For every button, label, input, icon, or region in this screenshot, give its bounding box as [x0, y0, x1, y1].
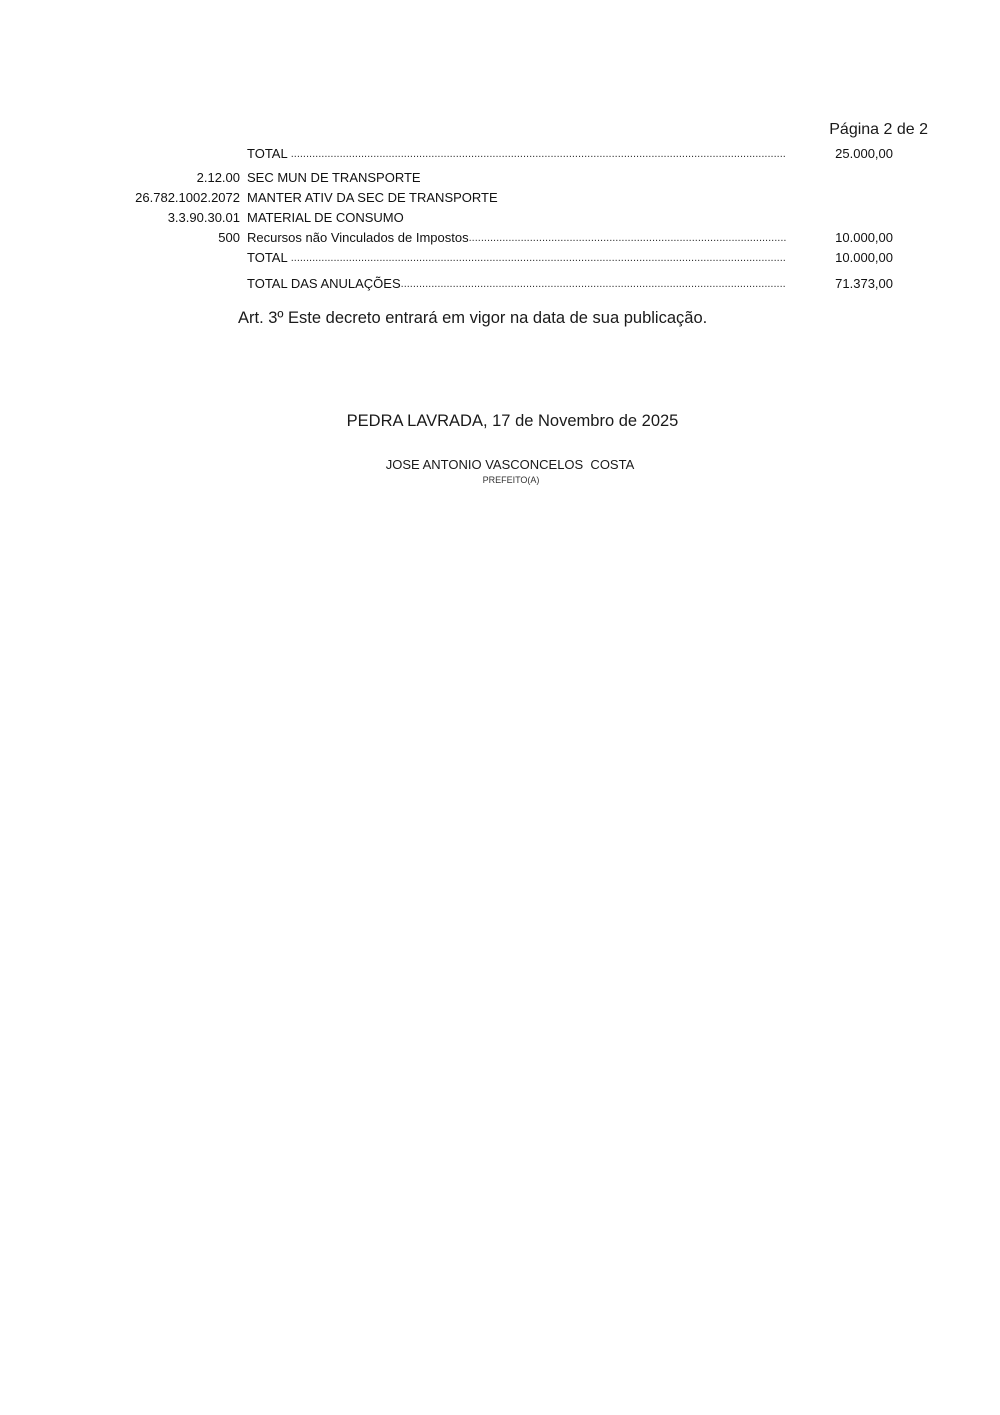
row-amount: 10.000,00 — [835, 229, 893, 247]
row-label: SEC MUN DE TRANSPORTE — [247, 169, 421, 187]
row-label: TOTAL DAS ANULAÇÕES — [247, 275, 401, 293]
row-description: TOTAL ..................................… — [247, 249, 786, 267]
row-label: MATERIAL DE CONSUMO — [247, 209, 404, 227]
leader-dots: ........................................… — [291, 249, 786, 267]
table-row-grand-total: TOTAL DAS ANULAÇÕES ....................… — [0, 275, 1000, 293]
table-row-total-1: TOTAL ..................................… — [0, 145, 1000, 163]
signer-name: JOSE ANTONIO VASCONCELOS COSTA — [0, 457, 1000, 472]
row-code: 26.782.1002.2072 — [135, 189, 240, 207]
row-label: TOTAL — [247, 249, 291, 267]
row-description: TOTAL DAS ANULAÇÕES ....................… — [247, 275, 786, 293]
page-indicator: Página 2 de 2 — [829, 121, 928, 139]
table-row-source: 500 Recursos não Vinculados de Impostos … — [0, 229, 1000, 247]
table-row-total-2: TOTAL ..................................… — [0, 249, 1000, 267]
row-label: Recursos não Vinculados de Impostos — [247, 229, 469, 247]
row-amount: 71.373,00 — [835, 275, 893, 293]
row-code: 2.12.00 — [197, 169, 240, 187]
row-description: TOTAL ..................................… — [247, 145, 786, 163]
article-text: Art. 3º Este decreto entrará em vigor na… — [238, 309, 707, 328]
table-row-action: 26.782.1002.2072 MANTER ATIV DA SEC DE T… — [0, 189, 1000, 207]
row-label: MANTER ATIV DA SEC DE TRANSPORTE — [247, 189, 498, 207]
place-date: PEDRA LAVRADA, 17 de Novembro de 2025 — [0, 412, 1000, 431]
table-row-unit: 2.12.00 SEC MUN DE TRANSPORTE — [0, 169, 1000, 187]
leader-dots: ........................................… — [469, 229, 786, 247]
table-row-expense-element: 3.3.90.30.01 MATERIAL DE CONSUMO — [0, 209, 1000, 227]
row-label: TOTAL — [247, 145, 291, 163]
signer-role: PREFEITO(A) — [0, 475, 1000, 485]
row-amount: 10.000,00 — [835, 249, 893, 267]
leader-dots: ........................................… — [291, 145, 786, 163]
row-description: Recursos não Vinculados de Impostos ....… — [247, 229, 786, 247]
row-code: 500 — [218, 229, 240, 247]
row-amount: 25.000,00 — [835, 145, 893, 163]
row-code: 3.3.90.30.01 — [168, 209, 240, 227]
leader-dots: ........................................… — [401, 275, 786, 293]
